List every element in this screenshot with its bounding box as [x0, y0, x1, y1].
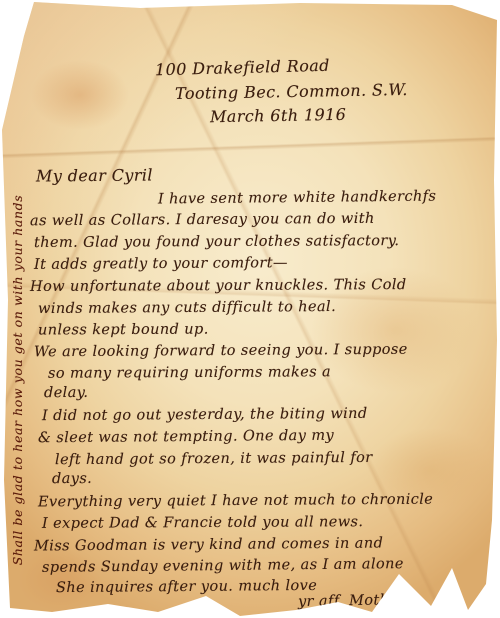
- letter-line: & sleet was not tempting. One day my: [38, 428, 334, 447]
- letter-line: I did not go out yesterday, the biting w…: [42, 406, 368, 424]
- letter-line: days.: [52, 471, 92, 487]
- letter-line: Miss Goodman is very kind and comes in a…: [34, 535, 383, 554]
- letter-line: winds makes any cuts difficult to heal.: [38, 299, 336, 317]
- letter-line: We are looking forward to seeing you. I …: [34, 342, 408, 361]
- letter-line: It adds greatly to your comfort—: [34, 255, 288, 273]
- letter-line: spends Sunday evening with me, as I am a…: [42, 556, 404, 576]
- signature: yr aff. Mother.: [298, 592, 409, 610]
- letter-line: delay.: [44, 385, 89, 401]
- letter-line: I expect Dad & Francie told you all news…: [42, 514, 363, 532]
- letter-line: so many requiring uniforms makes a: [48, 364, 331, 381]
- paper: 100 Drakefield Road Tooting Bec. Common.…: [0, 0, 500, 618]
- letter-line: left hand got so frozen, it was painful …: [55, 450, 373, 468]
- letter-line: unless kept bound up.: [38, 322, 209, 339]
- letter-line: How unfortunate about your knuckles. Thi…: [30, 277, 407, 295]
- date-line: March 6th 1916: [210, 105, 347, 126]
- letter-line: I have sent more white handkerchfs: [158, 189, 436, 208]
- letter-photo: 100 Drakefield Road Tooting Bec. Common.…: [0, 0, 500, 618]
- salutation: My dear Cyril: [36, 165, 153, 185]
- letter-line: as well as Collars. I daresay you can do…: [30, 211, 375, 229]
- address-line: Tooting Bec. Common. S.W.: [175, 80, 408, 103]
- letter-line: them. Glad you found your clothes satisf…: [34, 233, 399, 251]
- address-line: 100 Drakefield Road: [155, 56, 330, 80]
- letter-line: Everything very quiet I have not much to…: [38, 492, 433, 511]
- letter-line: She inquires after you. much love: [56, 578, 317, 596]
- margin-note: Shall be glad to hear how you get on wit…: [10, 155, 26, 605]
